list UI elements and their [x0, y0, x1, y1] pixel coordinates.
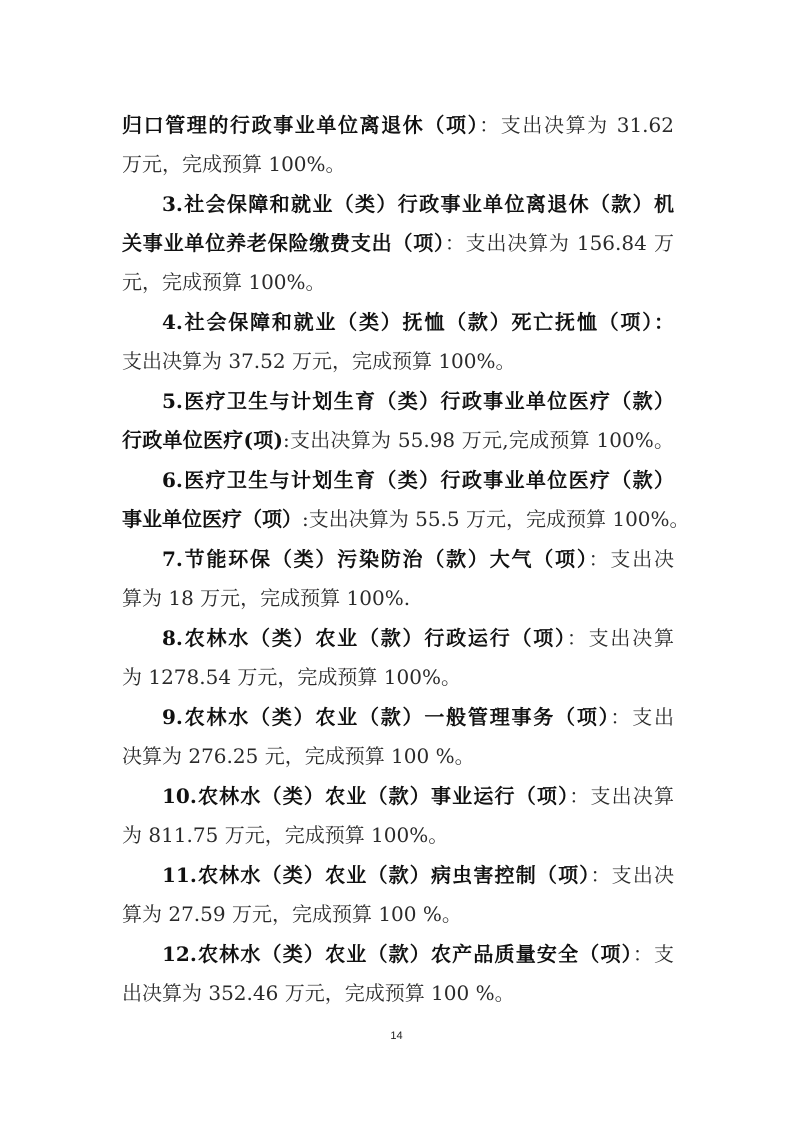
text-line: 归口管理的行政事业单位离退休（项）：支出决算为 31.62	[122, 111, 674, 139]
page-number: 14	[0, 1030, 793, 1042]
body-value: ：支	[633, 942, 674, 966]
body-value: ：支出决	[590, 863, 674, 887]
text-line: 决算为 276.25 元，完成预算 100 %。	[122, 742, 674, 770]
text-line: 10.农林水（类）农业（款）事业运行（项）：支出决算	[162, 782, 674, 810]
bold-heading: 关事业单位养老保险缴费支出（项）	[122, 231, 445, 255]
text-line: 9.农林水（类）农业（款）一般管理事务（项）：支出	[162, 703, 674, 731]
text-line: 万元，完成预算 100%。	[122, 150, 674, 178]
text-line: 7.节能环保（类）污染防治（款）大气（项）：支出决	[162, 545, 674, 573]
body-value: :支出决算为 55.98 万元,完成预算 100%。	[283, 428, 674, 452]
bold-heading: 行政单位医疗(项)	[122, 428, 283, 452]
text-line: 4.社会保障和就业（类）抚恤（款）死亡抚恤（项）：	[162, 308, 674, 336]
text-line: 出决算为 352.46 万元，完成预算 100 %。	[122, 979, 674, 1007]
bold-heading: 8.农林水（类）农业（款）行政运行（项）	[162, 626, 567, 650]
body-value: 支出决算为 37.52 万元，完成预算 100%。	[122, 349, 516, 373]
bold-heading: 7.节能环保（类）污染防治（款）大气（项）	[162, 547, 589, 571]
bold-heading: 归口管理的行政事业单位离退休（项）	[122, 113, 479, 137]
text-line: 为 1278.54 万元，完成预算 100%。	[122, 663, 674, 691]
body-value: 万元，完成预算 100%。	[122, 152, 346, 176]
bold-heading: 11.农林水（类）农业（款）病虫害控制（项）	[162, 863, 590, 887]
text-line: 6.医疗卫生与计划生育（类）行政事业单位医疗（款）	[162, 466, 674, 494]
body-value: 算为 18 万元，完成预算 100%.	[122, 586, 410, 610]
text-line: 元，完成预算 100%。	[122, 268, 674, 296]
bold-heading: 12.农林水（类）农业（款）农产品质量安全（项）	[162, 942, 633, 966]
body-value: ：支出决算为 31.62	[479, 113, 674, 137]
body-value: 为 811.75 万元，完成预算 100%。	[122, 823, 448, 847]
document-page: 归口管理的行政事业单位离退休（项）：支出决算为 31.62 万元，完成预算 10…	[0, 0, 793, 1122]
text-line: 事业单位医疗（项）:支出决算为 55.5 万元，完成预算 100%。	[122, 505, 674, 533]
bold-heading: 事业单位医疗（项）	[122, 507, 302, 531]
text-line: 11.农林水（类）农业（款）病虫害控制（项）：支出决	[162, 861, 674, 889]
body-value: ：支出决	[589, 547, 674, 571]
bold-heading: 9.农林水（类）农业（款）一般管理事务（项）	[162, 705, 610, 729]
body-value: :支出决算为 55.5 万元，完成预算 100%。	[302, 507, 690, 531]
body-value: ：支出决算	[567, 626, 674, 650]
text-line: 5.医疗卫生与计划生育（类）行政事业单位医疗（款）	[162, 387, 674, 415]
text-line: 12.农林水（类）农业（款）农产品质量安全（项）：支	[162, 940, 674, 968]
body-value: 决算为 276.25 元，完成预算 100 %。	[122, 744, 475, 768]
body-value: 元，完成预算 100%。	[122, 270, 326, 294]
text-line: 算为 27.59 万元，完成预算 100 %。	[122, 900, 674, 928]
bold-heading: 10.农林水（类）农业（款）事业运行（项）	[162, 784, 569, 808]
bold-heading: 5.医疗卫生与计划生育（类）行政事业单位医疗（款）	[162, 389, 674, 413]
text-line: 关事业单位养老保险缴费支出（项）：支出决算为 156.84 万	[122, 229, 674, 257]
body-value: ：支出决算	[569, 784, 674, 808]
body-value: 出决算为 352.46 万元，完成预算 100 %。	[122, 981, 515, 1005]
body-value: 为 1278.54 万元，完成预算 100%。	[122, 665, 461, 689]
body-value: ：支出	[610, 705, 674, 729]
text-line: 为 811.75 万元，完成预算 100%。	[122, 821, 674, 849]
bold-heading: 6.医疗卫生与计划生育（类）行政事业单位医疗（款）	[162, 468, 674, 492]
body-value: ：支出决算为 156.84 万	[445, 231, 674, 255]
bold-heading: 3.社会保障和就业（类）行政事业单位离退休（款）机	[162, 192, 674, 216]
text-line: 3.社会保障和就业（类）行政事业单位离退休（款）机	[162, 190, 674, 218]
body-value: 算为 27.59 万元，完成预算 100 %。	[122, 902, 462, 926]
text-line: 支出决算为 37.52 万元，完成预算 100%。	[122, 347, 674, 375]
text-line: 8.农林水（类）农业（款）行政运行（项）：支出决算	[162, 624, 674, 652]
text-line: 行政单位医疗(项):支出决算为 55.98 万元,完成预算 100%。	[122, 426, 674, 454]
text-line: 算为 18 万元，完成预算 100%.	[122, 584, 674, 612]
bold-heading: 4.社会保障和就业（类）抚恤（款）死亡抚恤（项）：	[162, 310, 674, 334]
